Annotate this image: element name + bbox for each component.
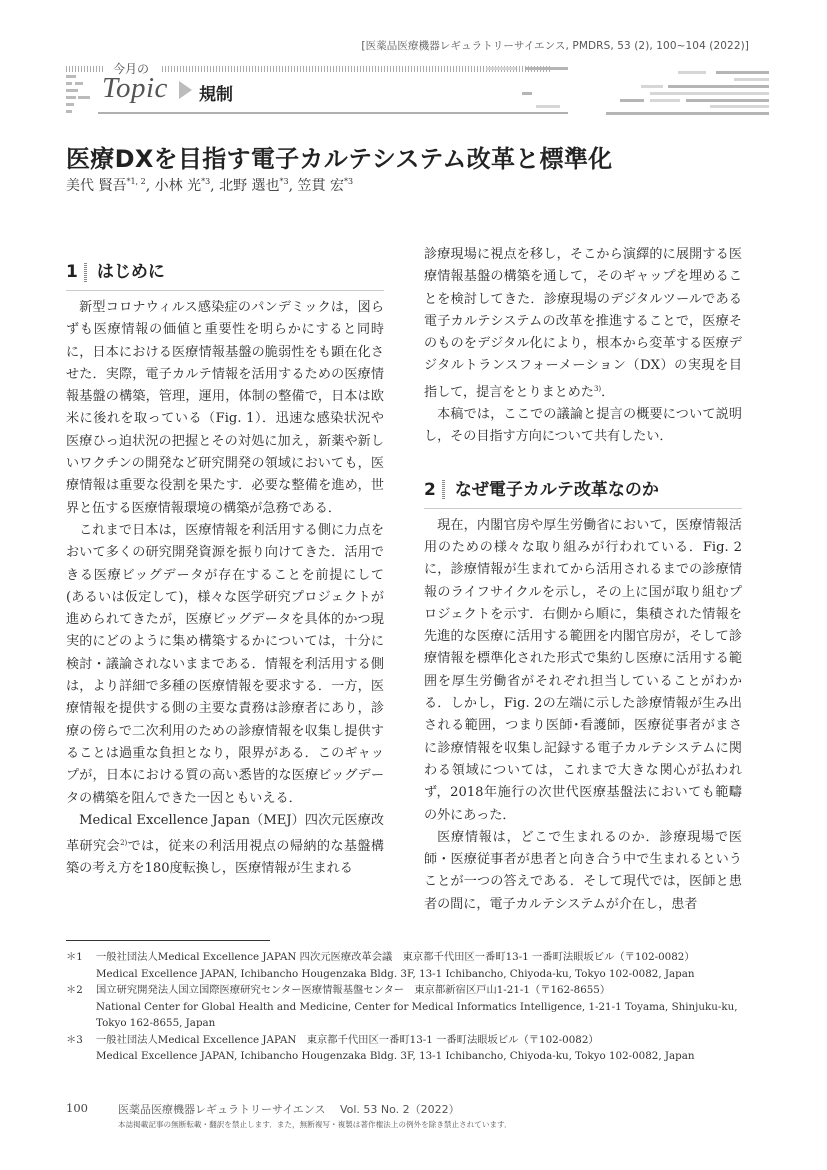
section-number: 2 (424, 479, 436, 501)
copyright-notice: 本誌掲載記事の無断転載・翻訳を禁止します．また，無断複写・複製は著作権法上の例外… (118, 1119, 512, 1130)
journal-citation: [医薬品医療機器レギュラトリーサイエンス, PMDRS, 53 (2), 100… (361, 38, 749, 53)
section-title: はじめに (97, 261, 165, 283)
author-separator: , (289, 178, 298, 194)
page-number: 100 (66, 1101, 118, 1117)
footnote-mark: ＊1 (66, 949, 96, 982)
section-heading-2: 2 なぜ電子カルテ改革なのか (424, 473, 742, 509)
section-title: なぜ電子カルテ改革なのか (455, 479, 659, 501)
footnotes: ＊1 一般社団法人Medical Excellence JAPAN 四次元医療改… (66, 949, 766, 1065)
journal-name: 医薬品医療機器レギュラトリーサイエンス Vol. 53 No. 2（2022） (118, 1101, 460, 1117)
decorative-bar (716, 71, 769, 74)
footnote-mark: ＊3 (66, 1032, 96, 1065)
footnote-item: ＊3 一般社団法人Medical Excellence JAPAN 東京都千代田… (66, 1032, 766, 1065)
author-name: 北野 選也 (219, 178, 279, 194)
decorative-bar (66, 82, 72, 85)
decorative-bar (486, 67, 516, 70)
decorative-bar (734, 78, 769, 81)
page-footer: 100 医薬品医療機器レギュラトリーサイエンス Vol. 53 No. 2（20… (66, 1101, 460, 1117)
author-separator: , (146, 178, 155, 194)
decorative-bar (650, 99, 680, 102)
decorative-bar (75, 82, 83, 85)
decorative-bar (650, 92, 769, 95)
category-label: 規制 (199, 80, 233, 105)
decorative-bar (710, 105, 769, 108)
decorative-bar (620, 99, 644, 102)
banner-baseline (98, 112, 568, 114)
author-list: 美代 賢吾*1, 2, 小林 光*3, 北野 選也*3, 笠貫 宏*3 (66, 175, 353, 195)
decorative-bar (66, 103, 74, 106)
section-divider-icon (84, 263, 87, 283)
banner-topic-word: Topic (102, 72, 168, 105)
section-divider-icon (442, 480, 445, 500)
footnote-item: ＊2 国立研究開発法人国立国際医療研究センター医療情報基盤センター 東京都新宿区… (66, 982, 766, 1032)
paragraph: 医療情報は，どこで生まれるのか．診療現場で医師・医療従事者が患者と向き合う中で生… (424, 827, 742, 916)
article-title: 医療DXを目指す電子カルテシステム改革と標準化 (66, 139, 612, 174)
decorative-bar (641, 85, 663, 88)
author-separator: , (210, 178, 219, 194)
triangle-arrow-icon (179, 81, 192, 99)
decorative-bar (606, 112, 769, 115)
paragraph: 本稿では，ここでの議論と提言の概要について説明し，その目指す方向について共有した… (424, 404, 742, 449)
decorative-bar (66, 96, 76, 99)
decorative-bar (522, 92, 532, 95)
author-name: 笠貫 宏 (298, 178, 344, 194)
decorative-bar (536, 105, 560, 108)
author-affiliation: *3 (201, 177, 210, 186)
paragraph: 新型コロナウィルス感染症のパンデミックは，図らずも医療情報の価値と重要性を明らか… (66, 297, 384, 520)
paragraph-text: 診療現場に視点を移し，そこから演繹的に展開する医療情報基盤の構築を通して，そのギ… (424, 247, 742, 400)
paragraph: Medical Excellence Japan（MEJ）四次元医療改革研究会2… (66, 810, 384, 881)
paragraph: 現在，内閣官房や厚生労働省において，医療情報活用のための様々な取り組みが行われて… (424, 515, 742, 827)
footnote-line: 国立研究開発法人国立国際医療研究センター医療情報基盤センター 東京都新宿区戸山1… (96, 982, 766, 999)
section-heading-1: 1 はじめに (66, 255, 384, 291)
right-column: 診療現場に視点を移し，そこから演繹的に展開する医療情報基盤の構築を通して，そのギ… (424, 244, 742, 916)
footnote-mark: ＊2 (66, 982, 96, 1032)
decorative-bar (78, 96, 90, 99)
author-affiliation: *3 (280, 177, 289, 186)
footnote-line: Medical Excellence JAPAN, Ichibancho Hou… (96, 1048, 766, 1065)
decorative-bar (678, 71, 706, 74)
topic-banner: 今月の Topic 規制 (66, 64, 769, 116)
footnote-rule (66, 940, 270, 941)
footnote-line: Medical Excellence JAPAN, Ichibancho Hou… (96, 966, 766, 983)
author-name: 小林 光 (155, 178, 201, 194)
left-column: 1 はじめに 新型コロナウィルス感染症のパンデミックは，図らずも医療情報の価値と… (66, 255, 384, 881)
author-affiliation: *3 (344, 177, 353, 186)
paragraph: 診療現場に視点を移し，そこから演繹的に展開する医療情報基盤の構築を通して，そのギ… (424, 244, 742, 404)
paragraph: これまで日本は，医療情報を利活用する側に力点をおいて多くの研究開発資源を振り向け… (66, 520, 384, 810)
decorative-bar (686, 99, 769, 102)
footnote-line: 一般社団法人Medical Excellence JAPAN 東京都千代田区一番… (96, 1032, 766, 1049)
footnote-line: 一般社団法人Medical Excellence JAPAN 四次元医療改革会議… (96, 949, 766, 966)
decorative-bar (66, 110, 72, 113)
section-number: 1 (66, 261, 78, 283)
footnote-line: National Center for Global Health and Me… (96, 999, 766, 1032)
author-affiliation: *1, 2 (126, 177, 145, 186)
paragraph-text: ． (601, 385, 614, 400)
decorative-bar (526, 67, 568, 70)
footnote-item: ＊1 一般社団法人Medical Excellence JAPAN 四次元医療改… (66, 949, 766, 982)
decorative-bar (668, 85, 769, 88)
author-name: 美代 賢吾 (66, 178, 126, 194)
decorative-bar (66, 89, 78, 92)
decorative-bar (66, 75, 76, 78)
decorative-ticks (66, 66, 104, 72)
